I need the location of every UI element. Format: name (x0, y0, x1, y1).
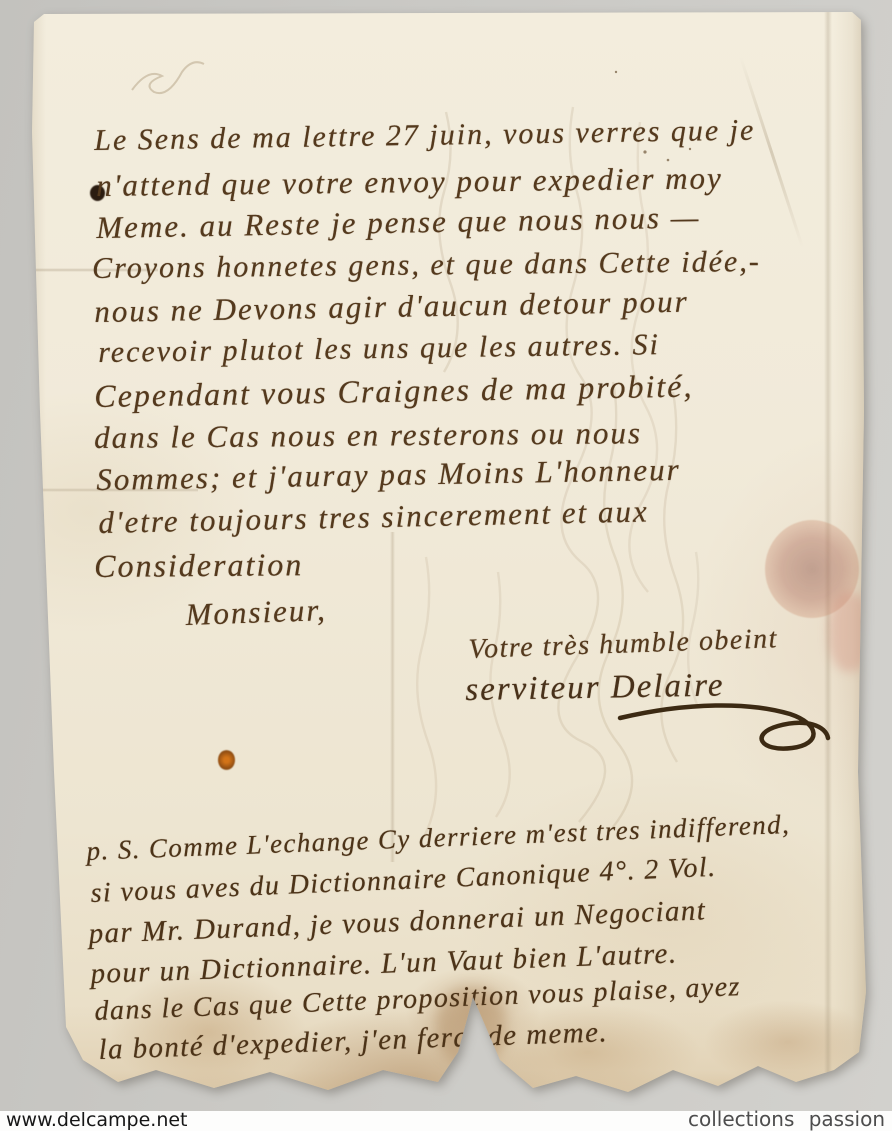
paper-wrapper: Le Sens de ma lettre 27 juin, vous verre… (0, 0, 892, 1112)
pencil-inscription (132, 62, 204, 93)
watermark-bar: www.delcampe.net collections passion (0, 1111, 892, 1131)
signature-line: serviteur Delaire (465, 667, 725, 709)
salutation: Monsieur, (185, 592, 327, 633)
watermark-caption: collections passion (688, 1108, 885, 1131)
letter-line: Croyons honnetes gens, et que dans Cette… (92, 245, 761, 286)
letter-line: Consideration (94, 546, 303, 585)
letter-photo: Le Sens de ma lettre 27 juin, vous verre… (0, 0, 892, 1131)
signature-flourish (620, 705, 828, 748)
watermark-url: www.delcampe.net (6, 1109, 188, 1131)
letter-paper: Le Sens de ma lettre 27 juin, vous verre… (28, 12, 866, 1100)
letter-line: dans le Cas nous en resterons ou nous (94, 415, 642, 456)
letter-line: n'attend que votre envoy pour expedier m… (96, 160, 723, 204)
